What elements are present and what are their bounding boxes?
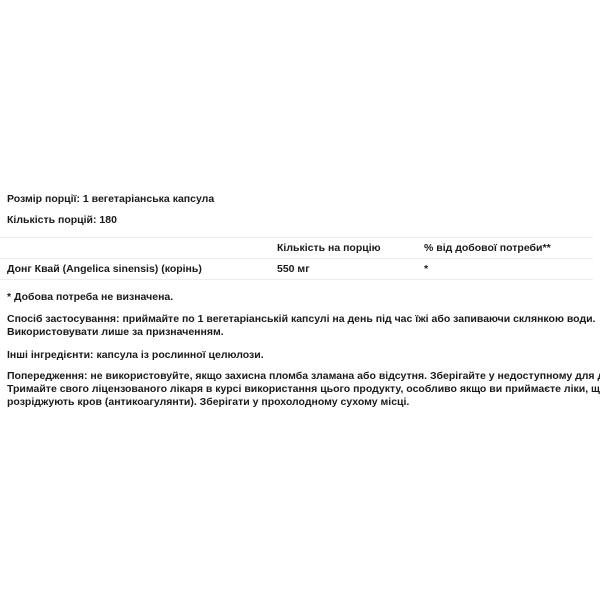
ingredient-name: Донг Квай (Angelica sinensis) (корінь) [7,263,202,276]
daily-value-footnote: * Добова потреба не визначена. [7,291,173,304]
supplement-facts-table: Кількість на порцію % від добової потреб… [0,237,593,280]
ingredient-amount: 550 мг [277,263,310,276]
other-ingredients: Інші інгредієнти: капсула із рослинної ц… [7,349,264,362]
table-row: Донг Квай (Angelica sinensis) (корінь) 5… [0,258,593,280]
directions-line: Використовувати лише за призначенням. [7,326,595,339]
warning-line: Тримайте свого ліцензованого лікаря в ку… [7,383,600,396]
header-amount-per-serving: Кількість на порцію [277,242,381,255]
ingredient-daily-value: * [424,263,428,276]
header-daily-value: % від добової потреби** [424,242,551,255]
directions: Спосіб застосування: приймайте по 1 веге… [7,313,595,339]
warning-line: Попередження: не використовуйте, якщо за… [7,370,600,383]
serving-size: Розмір порції: 1 вегетаріанська капсула [7,193,214,206]
warnings: Попередження: не використовуйте, якщо за… [7,370,600,409]
servings-per-container: Кількість порцій: 180 [7,214,117,227]
table-header-row: Кількість на порцію % від добової потреб… [0,237,593,258]
directions-line: Спосіб застосування: приймайте по 1 веге… [7,313,595,326]
warning-line: розріджують кров (антикоагулянти). Збері… [7,396,600,409]
